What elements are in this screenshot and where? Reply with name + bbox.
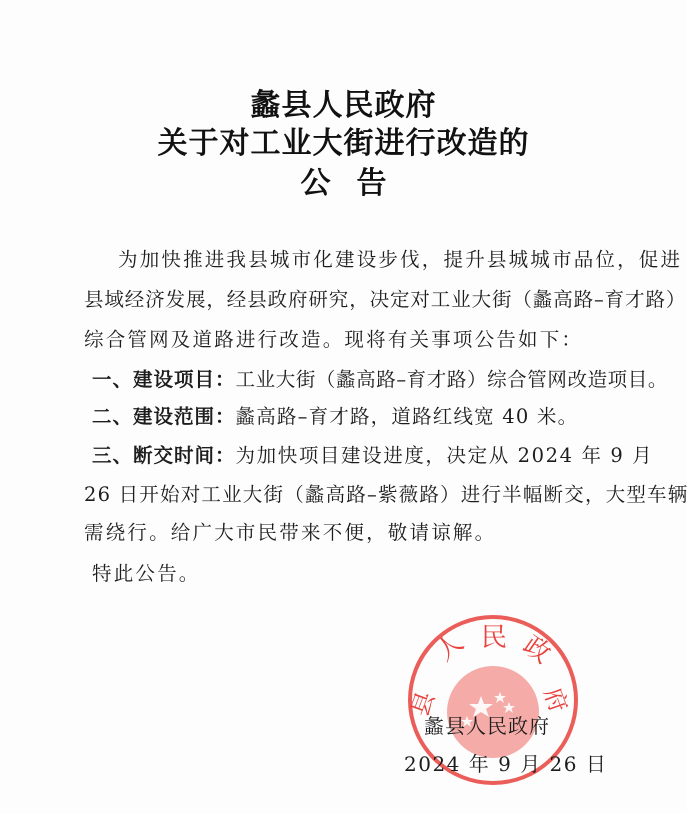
svg-text:民: 民 [481, 623, 507, 653]
item-3-label: 三、断交时间： [92, 444, 236, 467]
svg-text:政: 政 [517, 630, 556, 669]
intro-line-3: 综合管网及道路进行改造。现将有关事项公告如下： [84, 324, 583, 352]
item-3: 三、断交时间：为加快项目建设进度，决定从 2024 年 9 月 [92, 440, 653, 468]
intro-line-1: 为加快推进我县城市化建设步伐，提升县城城市品位，促进 [118, 244, 682, 272]
svg-text:人: 人 [430, 628, 469, 668]
signature-org: 蠡县人民政府 [424, 710, 550, 739]
signature-date: 2024 年 9 月 26 日 [404, 748, 607, 777]
item-2-label: 二、建设范围： [92, 405, 236, 428]
item-2-text: 蠡高路–育才路，道路红线宽 40 米。 [236, 405, 579, 428]
item-2: 二、建设范围：蠡高路–育才路，道路红线宽 40 米。 [92, 401, 578, 429]
document-title-line2: 关于对工业大街进行改造的 [0, 118, 687, 162]
item-1: 一、建设项目：工业大街（蠡高路–育才路）综合管网改造项目。 [92, 364, 668, 392]
item-3-line-3: 需绕行。给广大市民带来不便，敬请谅解。 [84, 517, 496, 545]
intro-line-2: 县域经济发展，经县政府研究，决定对工业大街（蠡高路–育才路） [84, 284, 686, 312]
closing-text: 特此公告。 [92, 558, 201, 586]
item-3-line-2: 26 日开始对工业大街（蠡高路–紫薇路）进行半幅断交，大型车辆 [84, 479, 687, 507]
item-3-text: 为加快项目建设进度，决定从 2024 年 9 月 [236, 444, 654, 467]
document-title-line3: 公告 [0, 158, 687, 202]
item-1-text: 工业大街（蠡高路–育才路）综合管网改造项目。 [236, 368, 668, 391]
item-1-label: 一、建设项目： [92, 368, 236, 391]
